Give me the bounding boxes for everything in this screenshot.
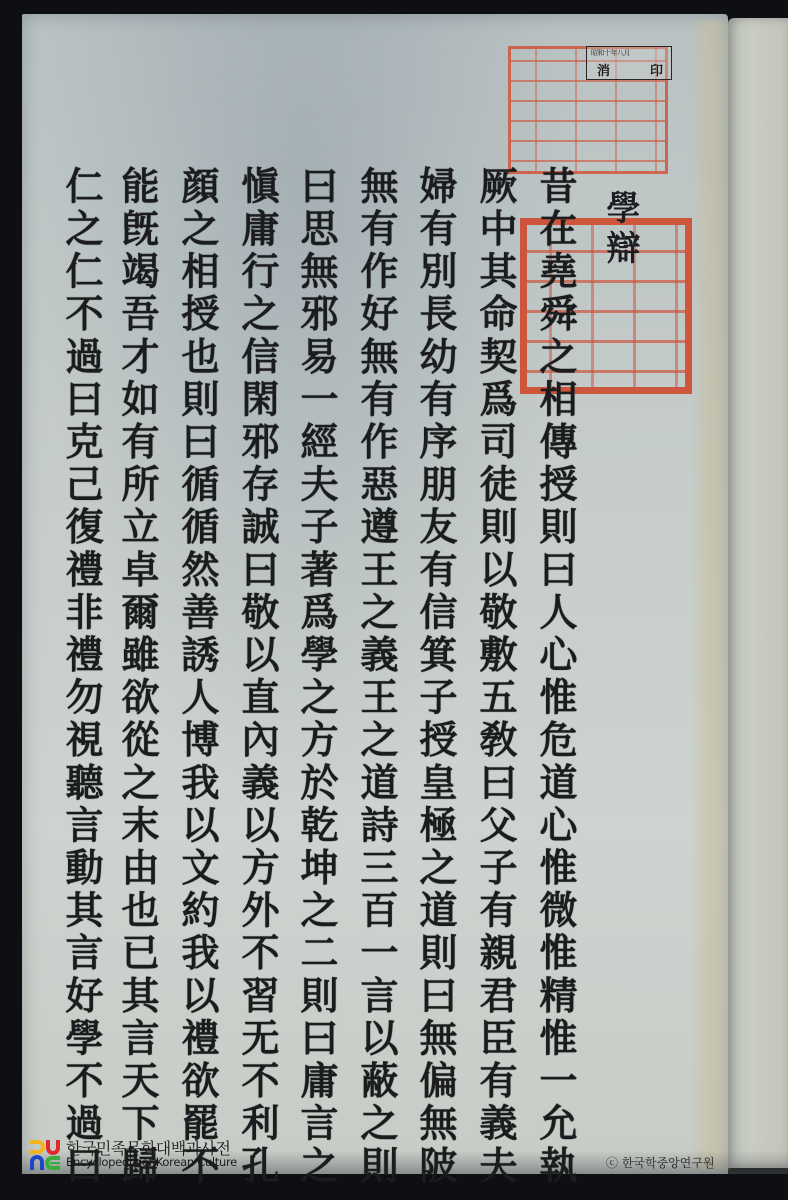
document-viewer: 昭和十年八月 消 印 學辯 昔在堯舜之相傳授則曰人心惟危道心惟微惟精惟一允執 厥… xyxy=(0,0,788,1200)
cancel-stamp: 昭和十年八月 消 印 xyxy=(586,46,672,80)
cancel-stamp-label: 消 印 xyxy=(597,60,663,79)
cancel-stamp-char-1: 消 xyxy=(597,60,610,79)
encyclopedia-logo: 한국민족문화대백과사전 Encyclopedia of Korean Cultu… xyxy=(28,1136,248,1174)
text-column-1: 昔在堯舜之相傳授則曰人心惟危道心惟微惟精惟一允執 xyxy=(536,166,574,1188)
text-column-9: 仁之仁不過曰克己復禮非禮勿視聽言動其言好學不過曰 xyxy=(62,166,100,1188)
text-column-6: 愼庸行之信閑邪存誠曰敬以直內義以方外不習无不利孔 xyxy=(238,166,276,1188)
cancel-stamp-date: 昭和十年八月 xyxy=(591,48,630,58)
encyclopedia-name-english: Encyclopedia of Korean Culture xyxy=(66,1155,237,1169)
text-column-4: 無有作好無有作惡遵王之義王之道詩三百一言以蔽之則 xyxy=(357,166,395,1188)
copyright-notice: ⓒ 한국학중앙연구원 xyxy=(606,1154,715,1171)
text-column-3: 婦有別長幼有序朋友有信箕子授皇極之道則曰無偏無陂 xyxy=(416,166,454,1188)
document-title: 學辯 xyxy=(596,190,645,270)
text-column-8: 能旣竭吾才如有所立卓爾雖欲從之末由也已其言天下歸 xyxy=(118,166,156,1188)
text-column-5: 曰思無邪易一經夫子著爲學之方於乾坤之二則曰庸言之 xyxy=(297,166,335,1188)
right-page-edge xyxy=(728,18,788,1168)
text-column-2: 厥中其命契爲司徒則以敬敷五敎曰父子有親君臣有義夫 xyxy=(476,166,514,1188)
text-column-7: 顔之相授也則曰循循然善誘人博我以文約我以禮欲罷不 xyxy=(178,166,216,1188)
cancel-stamp-char-2: 印 xyxy=(650,60,663,79)
page-spine xyxy=(690,20,730,1170)
encyclopedia-logo-icon xyxy=(28,1138,62,1172)
